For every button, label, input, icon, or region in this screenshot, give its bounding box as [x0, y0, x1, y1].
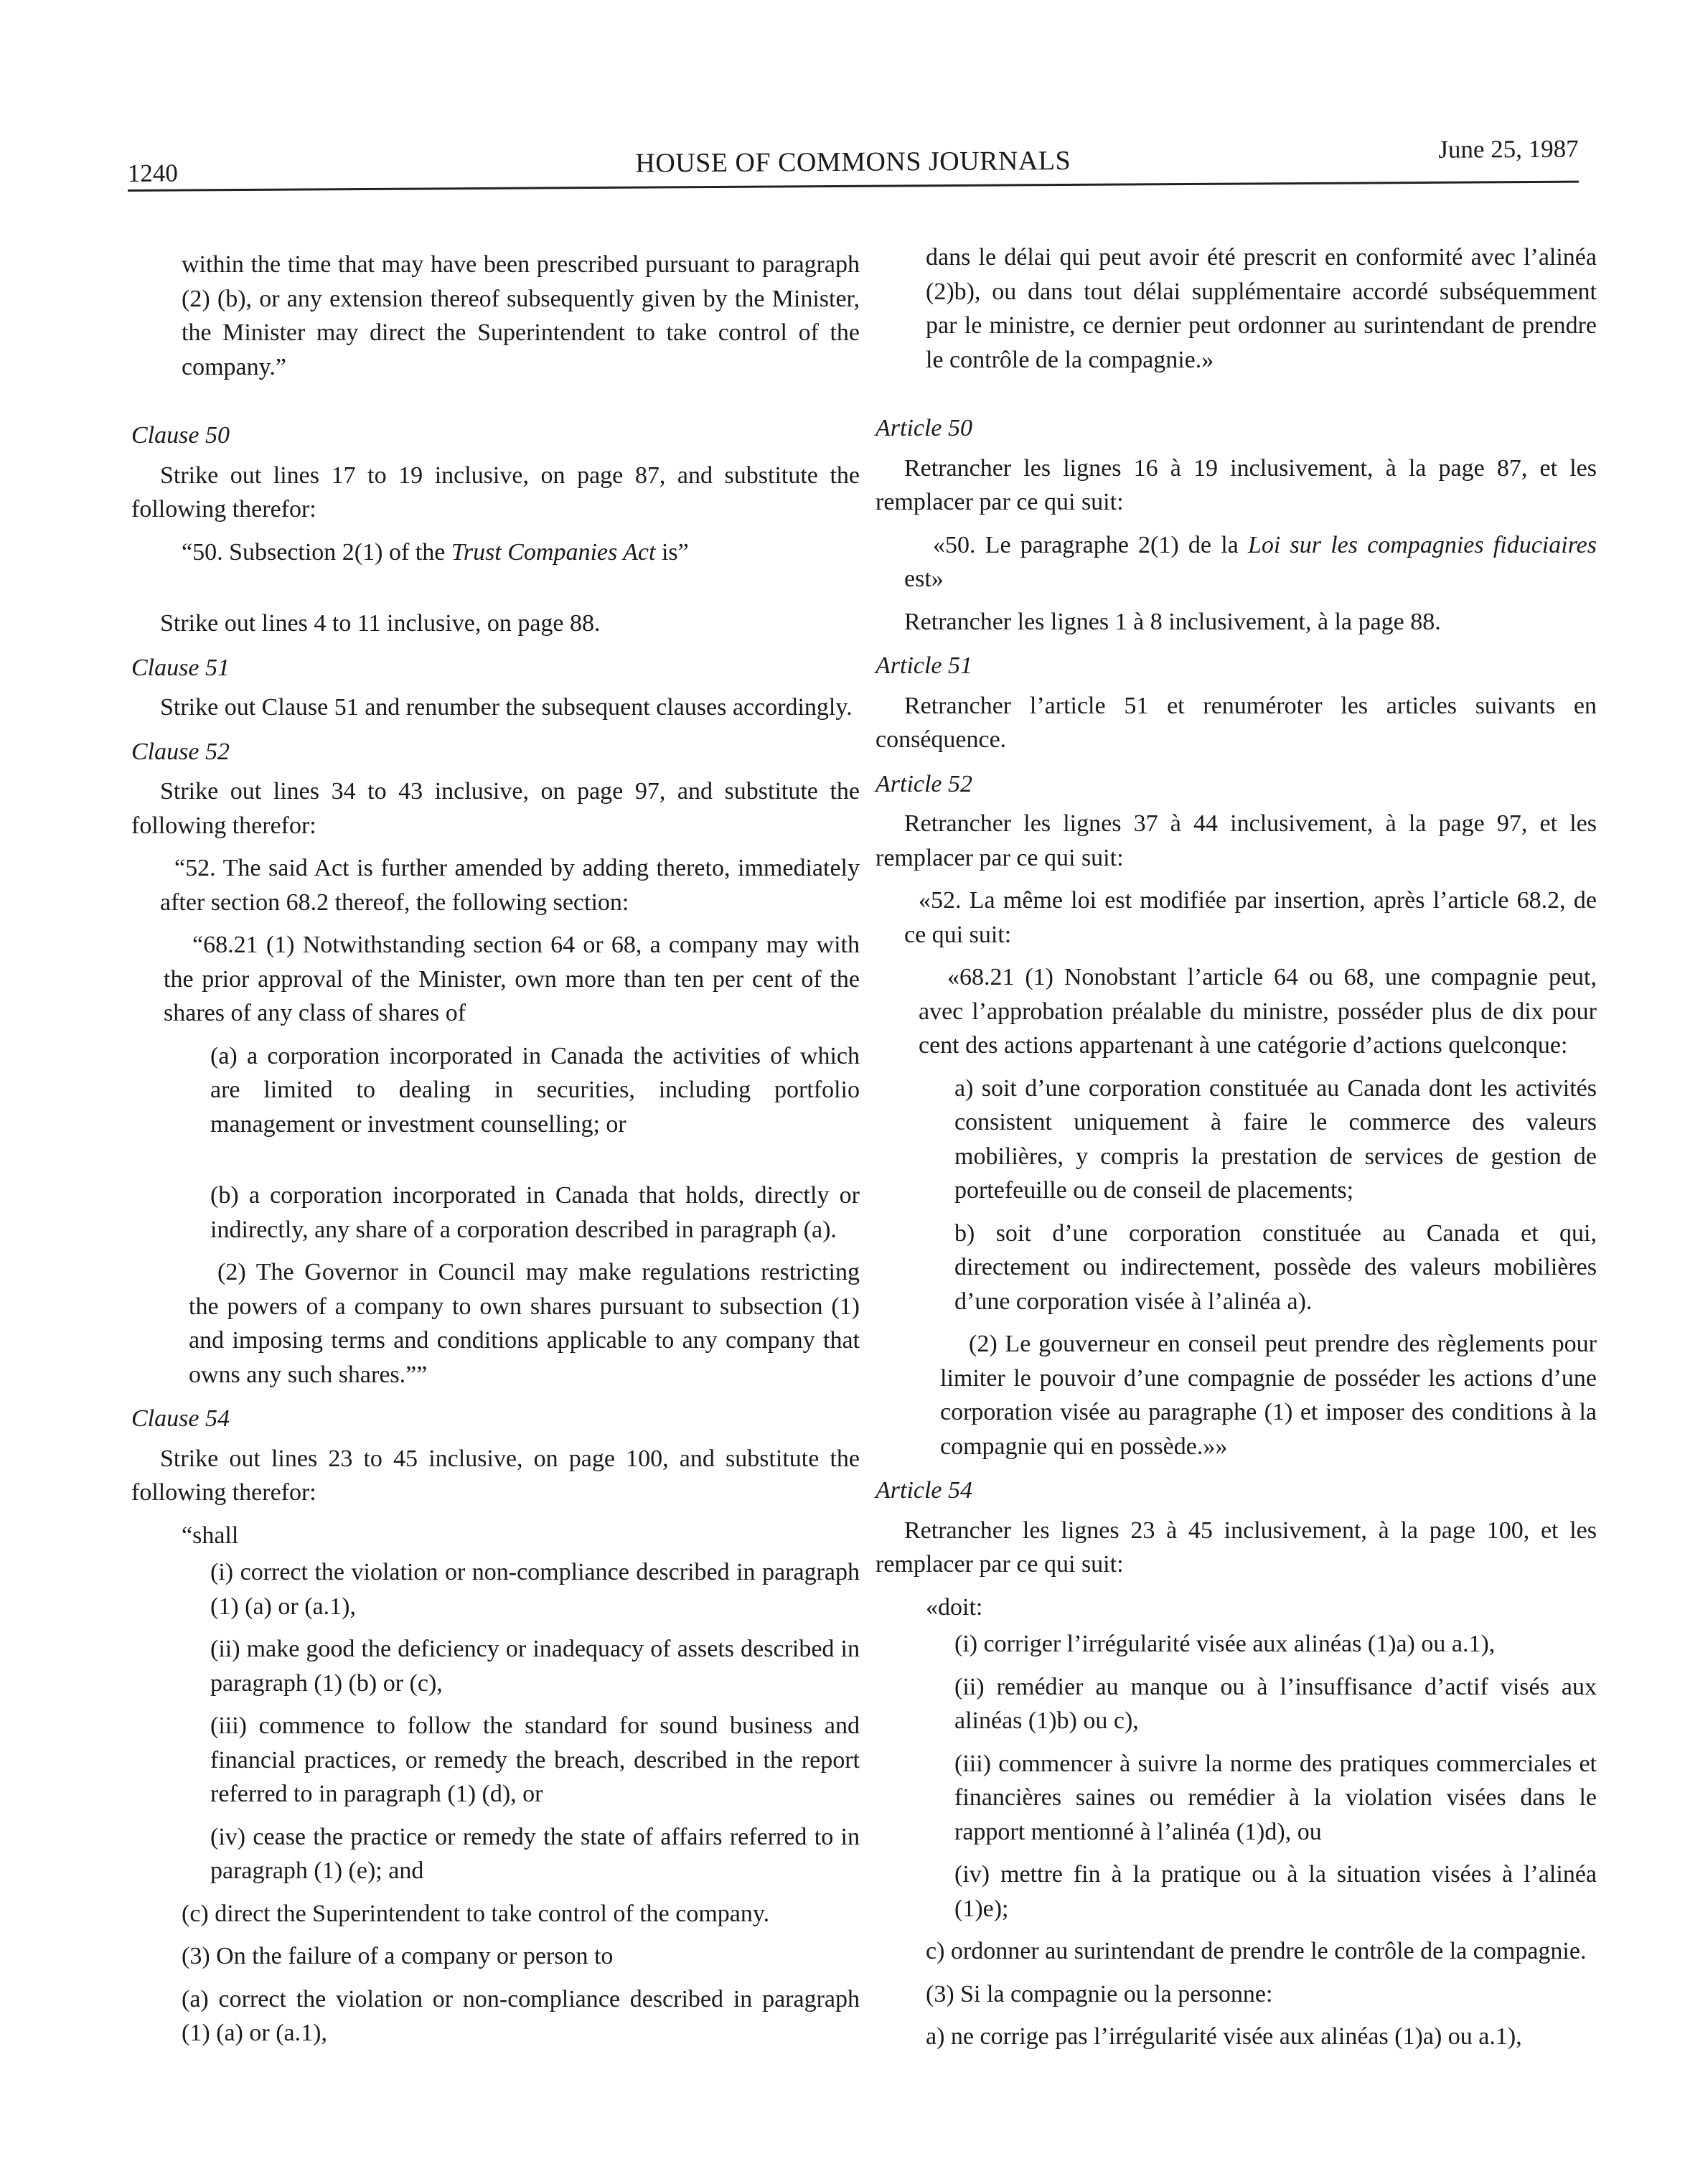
article-52-subsection-2: (2) Le gouverneur en conseil peut prendr… [876, 1327, 1597, 1463]
clause-54-subsection-3: (3) On the failure of a company or perso… [131, 1939, 860, 1974]
article-50-heading: Article 50 [876, 411, 1597, 446]
article-52-para-b: b) soit d’une corporation constituée au … [876, 1217, 1597, 1319]
clause-50-heading: Clause 50 [131, 418, 860, 453]
clause-54-item-iv: (iv) cease the practice or remedy the st… [131, 1820, 860, 1888]
article-52-amend: «52. La même loi est modifiée par insert… [876, 884, 1597, 952]
clause-52-subsection-1: “68.21 (1) Notwithstanding section 64 or… [131, 928, 860, 1031]
header-rule [128, 181, 1579, 192]
clause-54-instruction: Strike out lines 23 to 45 inclusive, on … [131, 1442, 860, 1510]
article-54-subsection-3-a: a) ne corrige pas l’irrégularité visée a… [876, 2020, 1597, 2054]
clause-52-para-a: (a) a corporation incorporated in Canada… [131, 1039, 860, 1142]
article-54-doit: «doit: [876, 1590, 1597, 1625]
article-54-item-ii: (ii) remédier au manque ou à l’insuffisa… [876, 1670, 1597, 1738]
article-54-item-iv: (iv) mettre fin à la pratique ou à la si… [876, 1857, 1597, 1926]
clause-51-heading: Clause 51 [131, 651, 860, 685]
french-column: dans le délai qui peut avoir été prescri… [876, 240, 1597, 2063]
clause-50-quote: “50. Subsection 2(1) of the Trust Compan… [131, 535, 860, 570]
french-intro: dans le délai qui peut avoir été prescri… [876, 240, 1597, 377]
article-51-heading: Article 51 [876, 649, 1597, 683]
journal-date: June 25, 1987 [1438, 135, 1579, 164]
clause-50-instruction-2: Strike out lines 4 to 11 inclusive, on p… [131, 606, 860, 641]
clause-52-subsection-2: (2) The Governor in Council may make reg… [131, 1255, 860, 1392]
clause-51-instruction: Strike out Clause 51 and renumber the su… [131, 690, 860, 725]
english-intro: within the time that may have been presc… [131, 248, 860, 384]
clause-54-item-ii: (ii) make good the deficiency or inadequ… [131, 1632, 860, 1700]
clause-54-heading: Clause 54 [131, 1402, 860, 1436]
article-52-subsection-1: «68.21 (1) Nonobstant l’article 64 ou 68… [876, 960, 1597, 1063]
article-54-instruction: Retrancher les lignes 23 à 45 inclusivem… [876, 1514, 1597, 1582]
article-50-quote: «50. Le paragraphe 2(1) de la Loi sur le… [876, 528, 1597, 596]
clause-50-instruction: Strike out lines 17 to 19 inclusive, on … [131, 459, 860, 527]
article-52-heading: Article 52 [876, 767, 1597, 802]
article-54-item-iii: (iii) commencer à suivre la norme des pr… [876, 1747, 1597, 1850]
clause-54-item-iii: (iii) commence to follow the standard fo… [131, 1709, 860, 1812]
clause-52-heading: Clause 52 [131, 735, 860, 769]
article-54-subsection-3: (3) Si la compagnie ou la personne: [876, 1977, 1597, 2012]
clause-54-para-c: (c) direct the Superintendent to take co… [131, 1897, 860, 1931]
article-50-instruction-2: Retrancher les lignes 1 à 8 inclusivemen… [876, 605, 1597, 639]
clause-54-shall: “shall [131, 1519, 860, 1553]
article-54-heading: Article 54 [876, 1473, 1597, 1508]
article-54-item-i: (i) corriger l’irrégularité visée aux al… [876, 1627, 1597, 1662]
journal-title: HOUSE OF COMMONS JOURNALS [128, 142, 1579, 182]
article-54-para-c: c) ordonner au surintendant de prendre l… [876, 1934, 1597, 1969]
page-header: 1240 HOUSE OF COMMONS JOURNALS June 25, … [128, 135, 1579, 194]
clause-54-subsection-3-a: (a) correct the violation or non-complia… [131, 1982, 860, 2051]
clause-52-para-b: (b) a corporation incorporated in Canada… [131, 1178, 860, 1247]
article-51-instruction: Retrancher l’article 51 et renuméroter l… [876, 689, 1597, 757]
clause-52-instruction: Strike out lines 34 to 43 inclusive, on … [131, 774, 860, 843]
clause-54-item-i: (i) correct the violation or non-complia… [131, 1555, 860, 1623]
clause-52-amend: “52. The said Act is further amended by … [131, 851, 860, 919]
article-50-instruction: Retrancher les lignes 16 à 19 inclusivem… [876, 451, 1597, 520]
english-column: within the time that may have been presc… [131, 248, 860, 2059]
article-52-para-a: a) soit d’une corporation constituée au … [876, 1072, 1597, 1208]
article-52-instruction: Retrancher les lignes 37 à 44 inclusivem… [876, 807, 1597, 875]
